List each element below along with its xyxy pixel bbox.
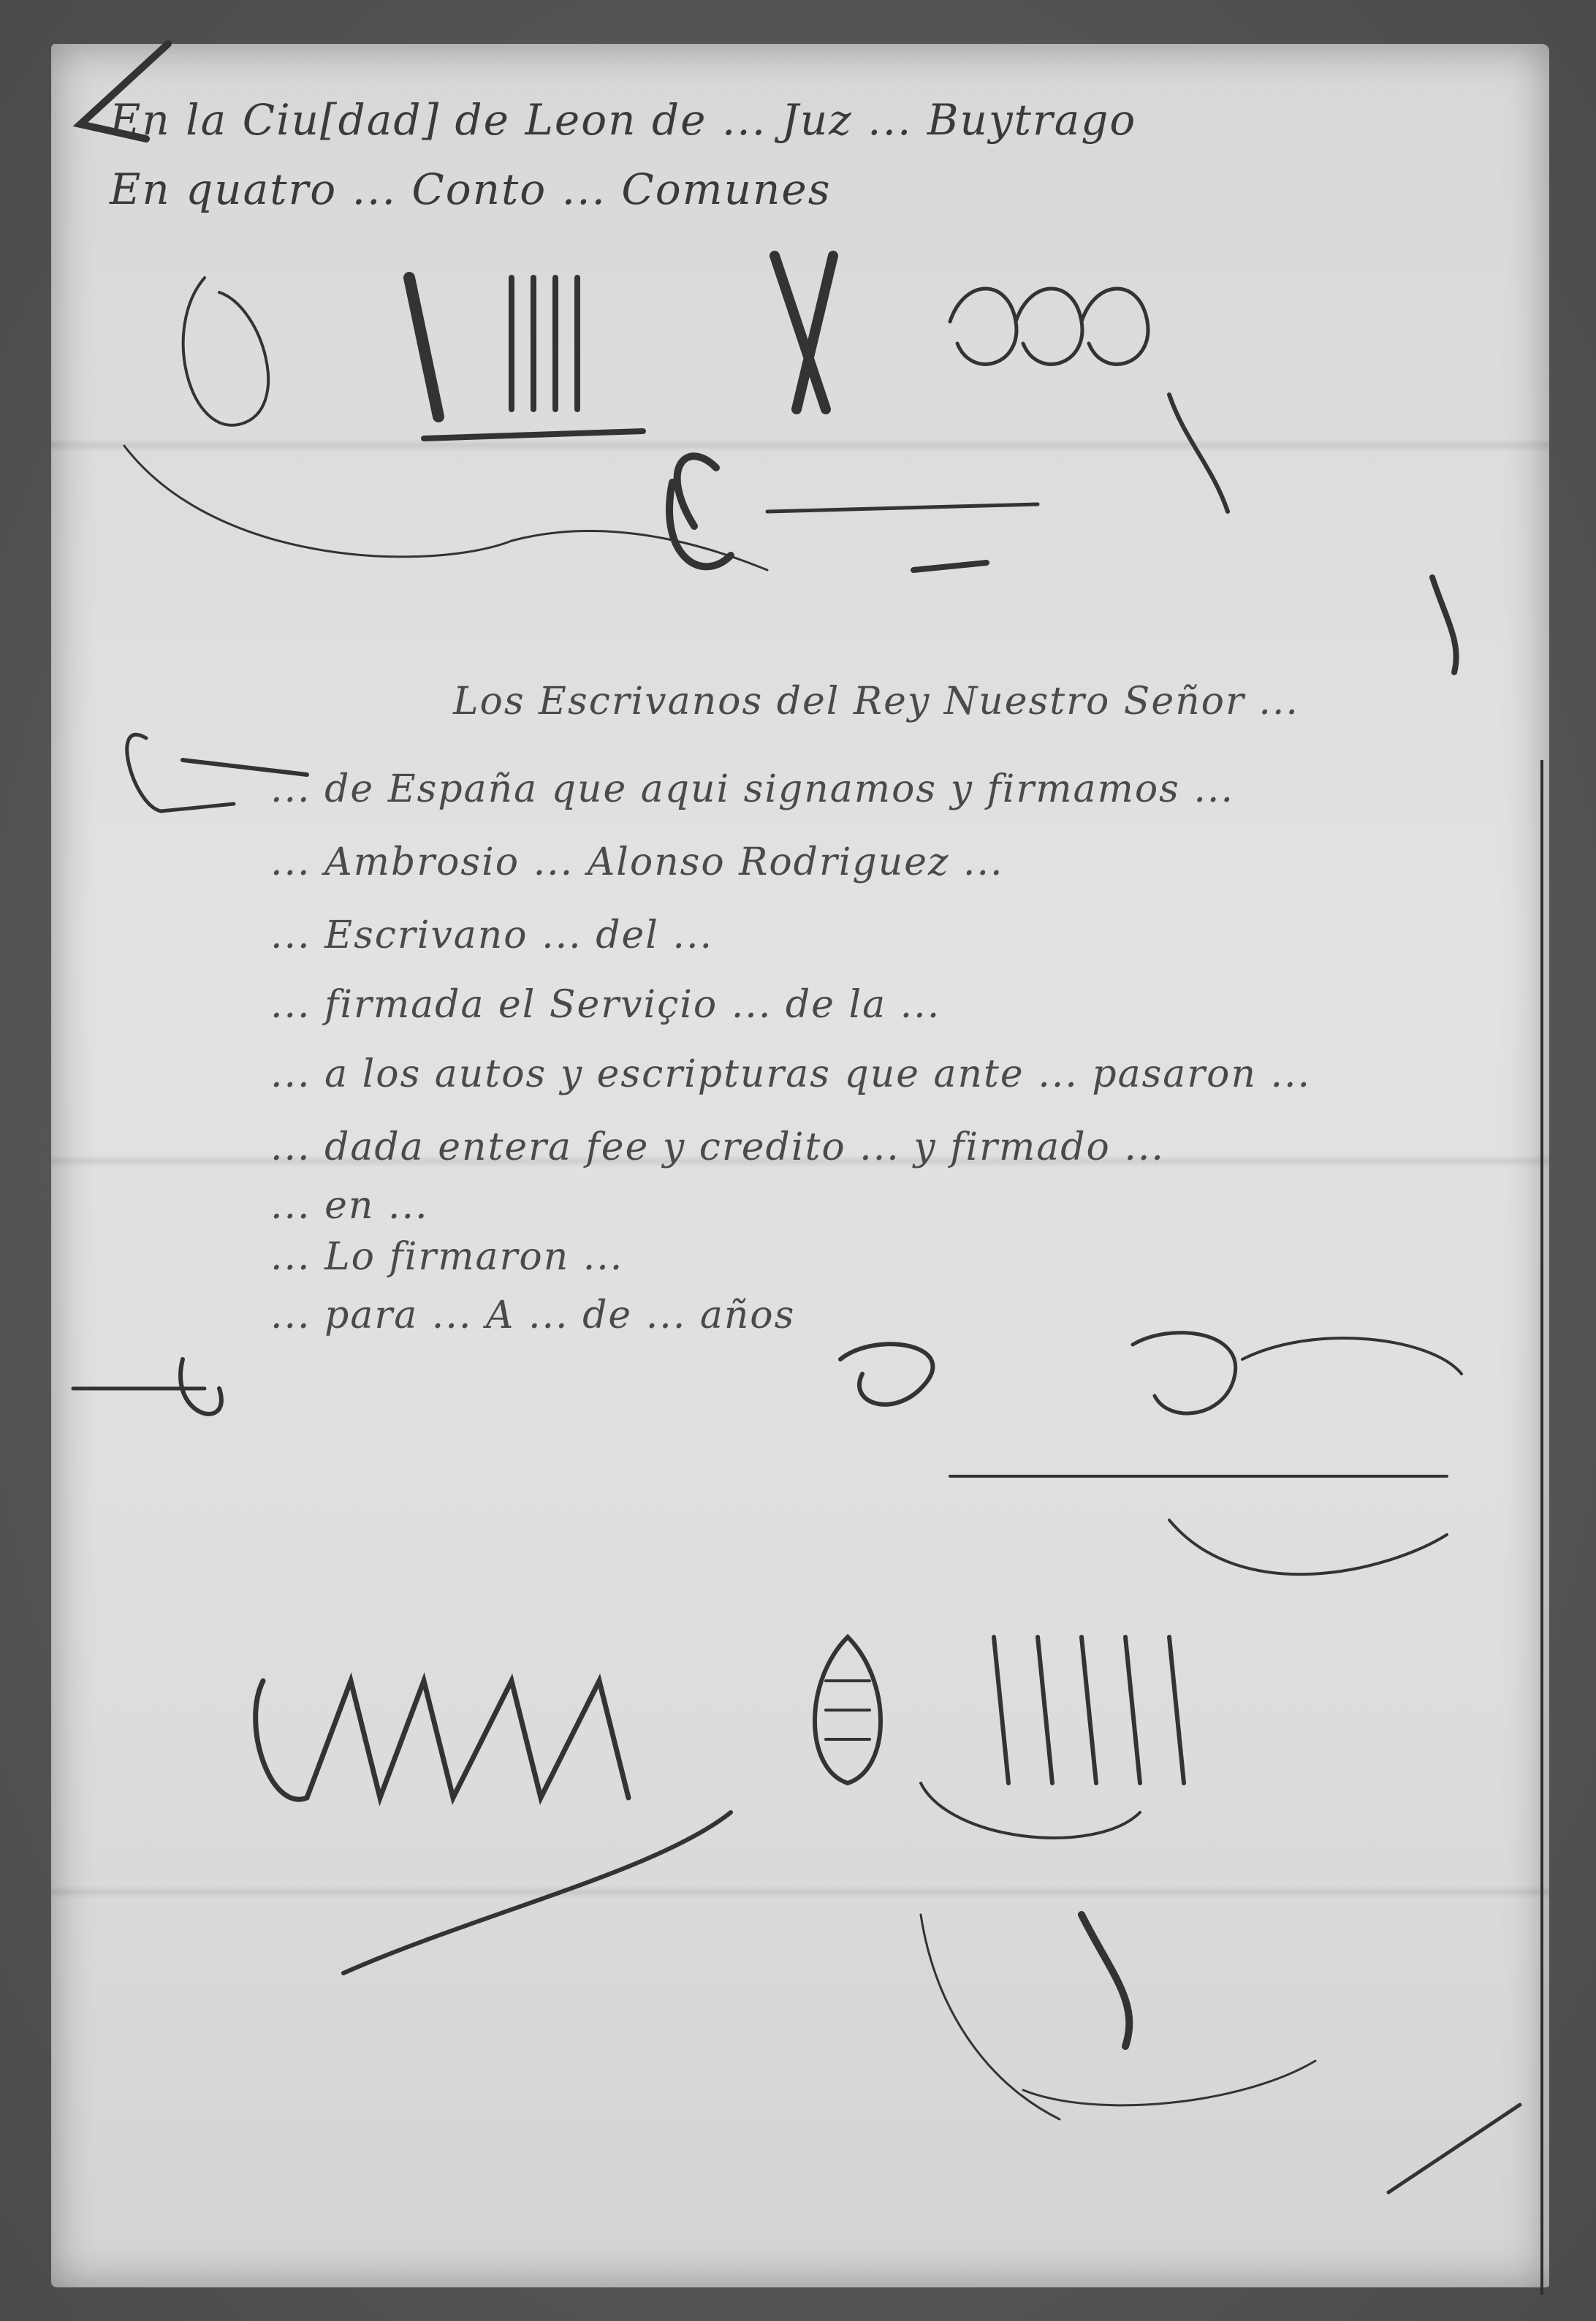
body-line-7: ... dada entera fee y credito ... y firm… xyxy=(270,1125,1165,1169)
body-line-9: ... Lo firmaron ... xyxy=(270,1235,623,1279)
body-line-1: Los Escrivanos del Rey Nuestro Señor ... xyxy=(453,680,1299,723)
body-line-2: ... de España que aqui signamos y firmam… xyxy=(270,767,1234,811)
header-line-1: En la Ciu[dad] de Leon de ... Juz ... Bu… xyxy=(110,95,1136,145)
margin-rule xyxy=(1540,760,1543,2295)
fold-line xyxy=(51,438,1549,452)
fold-line xyxy=(51,1885,1549,1899)
header-line-2: En quatro ... Conto ... Comunes xyxy=(110,164,831,214)
body-line-10: ... para ... A ... de ... años xyxy=(270,1294,795,1337)
body-line-3: ... Ambrosio ... Alonso Rodriguez ... xyxy=(270,840,1004,884)
body-line-8: ... en ... xyxy=(270,1184,429,1228)
body-line-5: ... firmada el Serviçio ... de la ... xyxy=(270,983,940,1027)
body-line-4: ... Escrivano ... del ... xyxy=(270,913,713,957)
body-line-6: ... a los autos y escripturas que ante .… xyxy=(270,1052,1311,1096)
